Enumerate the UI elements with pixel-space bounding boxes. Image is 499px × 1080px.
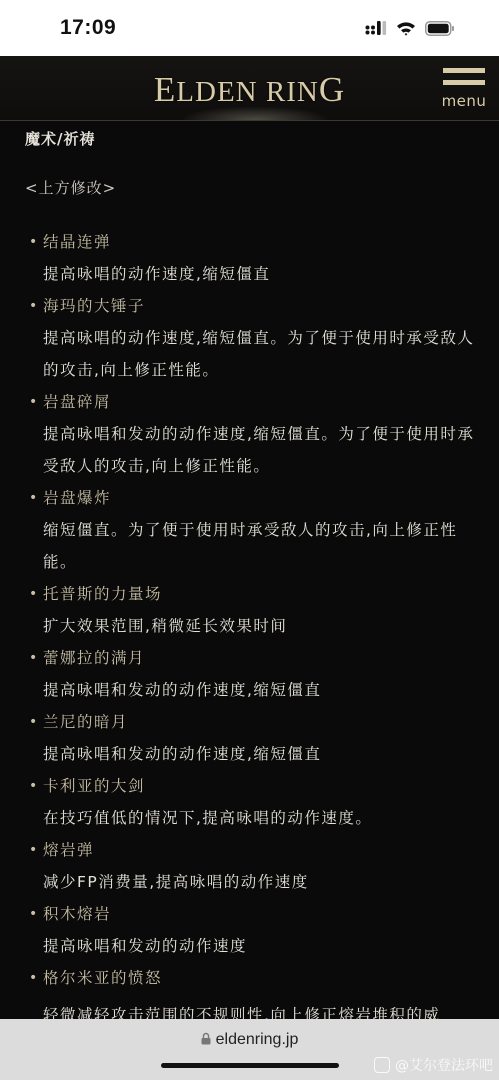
spell-change: 提高咏唱和发动的动作速度,缩短僵直。为了便于使用时承受敌人的攻击,向上修正性能。: [0, 418, 499, 482]
list-item: •熔岩弹 减少FP消费量,提高咏唱的动作速度: [0, 834, 499, 898]
spell-change: 提高咏唱的动作速度,缩短僵直: [0, 258, 499, 290]
status-bar: 17:09: [0, 0, 499, 56]
spell-change: 提高咏唱和发动的动作速度,缩短僵直: [0, 738, 499, 770]
bullet-icon: •: [29, 578, 39, 610]
spell-change: 在技巧值低的情况下,提高咏唱的动作速度。: [0, 802, 499, 834]
bullet-icon: •: [29, 898, 39, 930]
spell-name: 托普斯的力量场: [43, 585, 162, 603]
wifi-icon: [396, 21, 416, 36]
spell-change: 扩大效果范围,稍微延长效果时间: [0, 610, 499, 642]
list-item: •岩盘爆炸 缩短僵直。为了便于使用时承受敌人的攻击,向上修正性能。: [0, 482, 499, 578]
bullet-icon: •: [29, 706, 39, 738]
elden-ring-logo[interactable]: ELDEN RING: [0, 70, 499, 110]
spell-name: 兰尼的暗月: [43, 713, 128, 731]
menu-button[interactable]: menu: [441, 68, 487, 112]
spell-name: 蕾娜拉的满月: [43, 649, 145, 667]
section-title: 魔术/祈祷: [25, 128, 95, 149]
spell-name: 海玛的大锤子: [43, 297, 145, 315]
spell-name: 岩盘碎屑: [43, 393, 111, 411]
spell-name: 卡利亚的大剑: [43, 777, 145, 795]
list-item: •结晶连弹 提高咏唱的动作速度,缩短僵直: [0, 226, 499, 290]
spell-name: 岩盘爆炸: [43, 489, 111, 507]
bullet-icon: •: [29, 962, 39, 994]
list-item: •格尔米亚的愤怒: [0, 962, 499, 994]
signal-icon: [365, 21, 387, 35]
weibo-icon: [374, 1057, 390, 1073]
hamburger-icon: [443, 80, 485, 85]
spell-change: 提高咏唱和发动的动作速度,缩短僵直: [0, 674, 499, 706]
spell-name: 积木熔岩: [43, 905, 111, 923]
spell-name: 熔岩弹: [43, 841, 94, 859]
bullet-icon: •: [29, 642, 39, 674]
list-item: •海玛的大锤子 提高咏唱的动作速度,缩短僵直。为了便于使用时承受敌人的攻击,向上…: [0, 290, 499, 386]
site-header: ELDEN RING menu: [0, 56, 499, 121]
browser-address-bar[interactable]: eldenring.jp @艾尔登法环吧: [0, 1019, 499, 1080]
list-item: •岩盘碎屑 提高咏唱和发动的动作速度,缩短僵直。为了便于使用时承受敌人的攻击,向…: [0, 386, 499, 482]
clock-time: 17:09: [60, 16, 116, 40]
bullet-icon: •: [29, 482, 39, 514]
url-text: eldenring.jp: [216, 1031, 299, 1048]
spell-name: 结晶连弹: [43, 233, 111, 251]
list-item: •托普斯的力量场 扩大效果范围,稍微延长效果时间: [0, 578, 499, 642]
bullet-icon: •: [29, 290, 39, 322]
spell-change: 减少FP消费量,提高咏唱的动作速度: [0, 866, 499, 898]
system-icons: [365, 21, 455, 36]
home-indicator[interactable]: [161, 1063, 339, 1068]
spell-change: 提高咏唱和发动的动作速度: [0, 930, 499, 962]
bullet-icon: •: [29, 226, 39, 258]
list-item: •兰尼的暗月 提高咏唱和发动的动作速度,缩短僵直: [0, 706, 499, 770]
url-field[interactable]: eldenring.jp: [0, 1031, 499, 1049]
menu-label: menu: [441, 92, 487, 110]
lock-icon: [201, 1032, 211, 1045]
list-item: •积木熔岩 提高咏唱和发动的动作速度: [0, 898, 499, 962]
subheading: <上方修改>: [25, 177, 116, 198]
bullet-icon: •: [29, 834, 39, 866]
change-list: •结晶连弹 提高咏唱的动作速度,缩短僵直 •海玛的大锤子 提高咏唱的动作速度,缩…: [0, 226, 499, 994]
bullet-icon: •: [29, 386, 39, 418]
watermark: @艾尔登法环吧: [374, 1055, 493, 1075]
list-item: •蕾娜拉的满月 提高咏唱和发动的动作速度,缩短僵直: [0, 642, 499, 706]
list-item: •卡利亚的大剑 在技巧值低的情况下,提高咏唱的动作速度。: [0, 770, 499, 834]
hamburger-icon: [443, 68, 485, 73]
bullet-icon: •: [29, 770, 39, 802]
spell-change: 提高咏唱的动作速度,缩短僵直。为了便于使用时承受敌人的攻击,向上修正性能。: [0, 322, 499, 386]
spell-change: 缩短僵直。为了便于使用时承受敌人的攻击,向上修正性能。: [0, 514, 499, 578]
battery-icon: [425, 21, 455, 36]
spell-name: 格尔米亚的愤怒: [43, 969, 162, 987]
